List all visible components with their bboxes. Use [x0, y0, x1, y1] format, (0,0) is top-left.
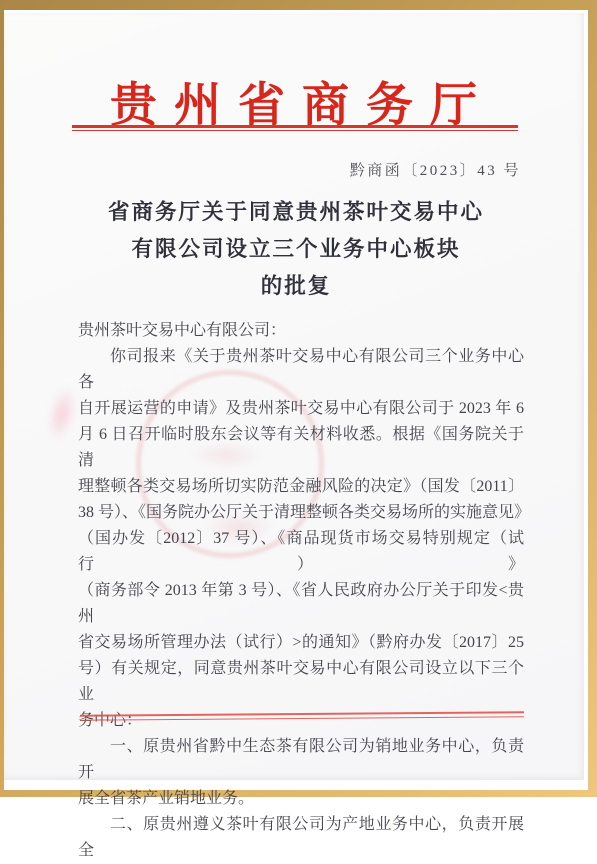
- ink-smudge: [41, 382, 82, 445]
- body-line: （国办发〔2012〕37 号）、《商品现货市场交易特别规定（试行）》: [78, 526, 524, 578]
- document-title-line: 的批复: [4, 268, 588, 305]
- document-page: 贵州省商务厅 黔商函〔2023〕43 号 省商务厅关于同意贵州茶叶交易中心 有限…: [4, 10, 588, 790]
- body-line: 你司报来《关于贵州茶叶交易中心有限公司三个业务中心各: [78, 344, 524, 396]
- body-line: 理整顿各类交易场所切实防范金融风险的决定》（国发〔2011〕: [78, 474, 524, 500]
- letterhead-red-rule: [72, 125, 518, 131]
- body-line: 展全省茶产业销地业务。: [78, 786, 524, 797]
- body-line: 月 6 日召开临时股东会议等有关材料收悉。根据《国务院关于清: [78, 422, 524, 474]
- document-title-line: 省商务厅关于同意贵州茶叶交易中心: [4, 194, 588, 231]
- scan-frame: 贵州省商务厅 黔商函〔2023〕43 号 省商务厅关于同意贵州茶叶交易中心 有限…: [0, 0, 597, 797]
- document-body: 贵州茶叶交易中心有限公司：你司报来《关于贵州茶叶交易中心有限公司三个业务中心各自…: [78, 318, 524, 797]
- body-line: 38 号）、《国务院办公厅关于清理整顿各类交易场所的实施意见》: [78, 500, 524, 526]
- document-title: 省商务厅关于同意贵州茶叶交易中心 有限公司设立三个业务中心板块 的批复: [4, 194, 588, 305]
- body-line: 自开展运营的申请》及贵州茶叶交易中心有限公司于 2023 年 6: [78, 396, 524, 422]
- document-number: 黔商函〔2023〕43 号: [4, 159, 521, 180]
- body-line: （商务部令 2013 年第 3 号）、《省人民政府办公厅关于印发<贵州: [78, 578, 524, 630]
- body-line: 号）有关规定，同意贵州茶叶交易中心有限公司设立以下三个业: [78, 656, 524, 708]
- document-title-line: 有限公司设立三个业务中心板块: [4, 231, 588, 268]
- body-line: 省交易场所管理办法（试行）>的通知》（黔府办发〔2017〕25: [78, 630, 524, 656]
- body-line: 一、原贵州省黔中生态茶有限公司为销地业务中心，负责开: [78, 734, 524, 786]
- body-line: 贵州茶叶交易中心有限公司：: [78, 318, 524, 344]
